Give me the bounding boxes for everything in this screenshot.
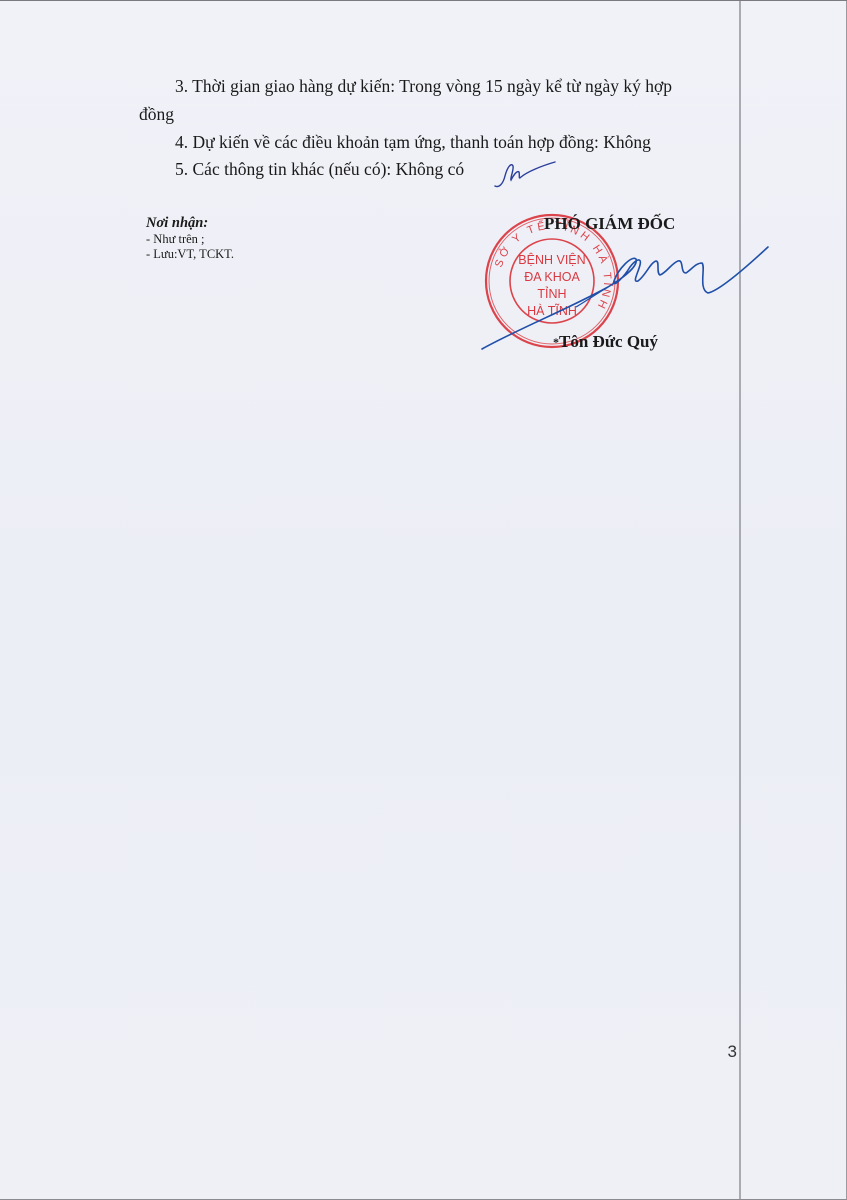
recipient-item: - Lưu:VT, TCKT. [146, 247, 234, 262]
recipient-item: - Như trên ; [146, 232, 234, 247]
document-page: 3. Thời gian giao hàng dự kiến: Trong vò… [0, 0, 847, 1200]
item-4-payment-terms: 4. Dự kiến về các điều khoản tạm ứng, th… [175, 132, 651, 152]
recipients-block: Nơi nhận: - Như trên ; - Lưu:VT, TCKT. [146, 215, 234, 262]
initials-signature-icon [493, 158, 558, 190]
item-5-other-info: 5. Các thông tin khác (nếu có): Không có [175, 159, 464, 179]
signer-name: *Tôn Đức Quý [553, 332, 658, 352]
page-number: 3 [728, 1042, 737, 1062]
item-3-delivery-time-cont: đồng [139, 104, 174, 124]
item-3-delivery-time: 3. Thời gian giao hàng dự kiến: Trong vò… [175, 76, 672, 96]
scan-fold-line [739, 1, 741, 1200]
signer-name-text: Tôn Đức Quý [559, 332, 658, 351]
recipients-title: Nơi nhận: [146, 215, 234, 232]
